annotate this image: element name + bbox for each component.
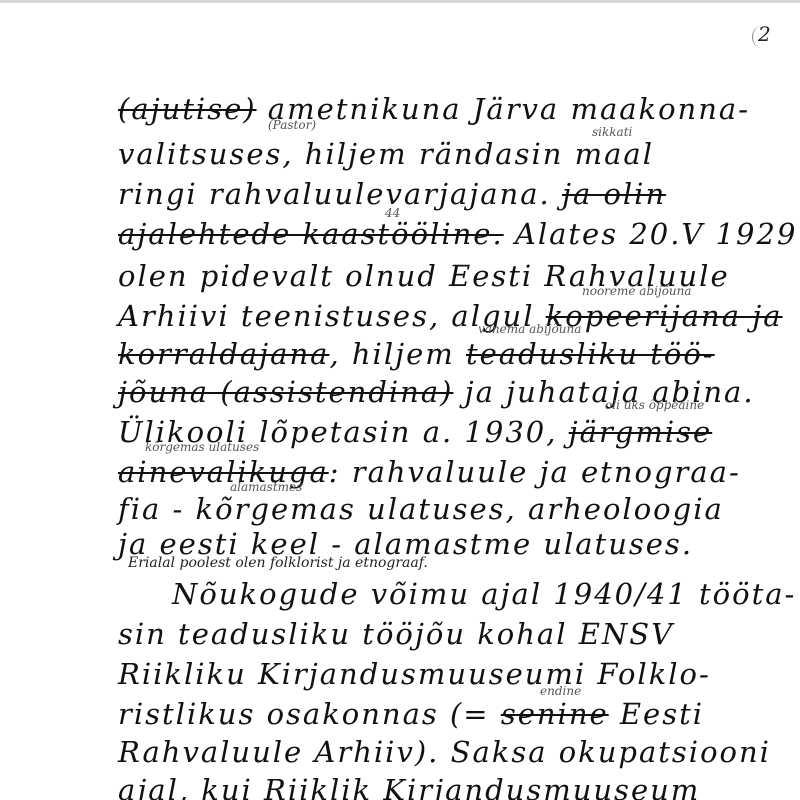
text-line-1: (ajutise) ametnikuna Järva maakonna-: [118, 95, 750, 124]
line-text: Riikliku Kirjandusmuuseumi Folklo-: [118, 657, 711, 691]
line-text: Alates 20.V 1929: [504, 217, 798, 251]
struck-text: teadusliku töö-: [466, 337, 715, 371]
line-text: Eesti: [609, 697, 704, 731]
struck-text: senine: [501, 697, 609, 731]
annotation: oli üks õppeaine: [605, 398, 704, 412]
inserted-note: Erialal poolest olen folklorist ja etnog…: [128, 555, 428, 571]
struck-text: korraldajana: [118, 337, 329, 371]
text-line-18: ajal, kui Riiklik Kirjandusmuuseum: [118, 776, 700, 800]
line-text: Nõukogude võimu ajal 1940/41 tööta-: [172, 577, 796, 611]
line-text: valitsuses, hiljem rändasin maal: [118, 137, 654, 171]
page-number: 2: [758, 22, 771, 46]
line-text: : rahvaluule ja etnograa-: [329, 455, 741, 489]
text-line-6: Arhiivi teenistuses, algul kopeerijana j…: [118, 302, 783, 331]
struck-text: ajalehtede kaastööline.: [118, 217, 504, 251]
text-line-16: ristlikus osakonnas (= senine Eesti: [118, 700, 704, 729]
line-text: , hiljem: [329, 337, 466, 371]
text-line-3: ringi rahvaluulevarjajana. ja olin: [118, 180, 666, 209]
text-line-15: Riikliku Kirjandusmuuseumi Folklo-: [118, 660, 711, 689]
text-line-10: ainevalikuga: rahvaluule ja etnograa-: [118, 458, 741, 487]
struck-text: (ajutise): [118, 92, 257, 126]
annotation: endine: [540, 684, 581, 698]
text-line-2: valitsuses, hiljem rändasin maal: [118, 140, 654, 169]
line-text: ametnikuna Järva maakonna-: [257, 92, 750, 126]
text-line-7: korraldajana, hiljem teadusliku töö-: [118, 340, 715, 369]
annotation: vanema abijõuna: [478, 322, 581, 336]
page-top-edge: [0, 0, 800, 3]
annotation: kõrgemas ulatuses: [145, 440, 259, 454]
struck-text: järgmise: [569, 415, 713, 449]
struck-text: ja olin: [562, 177, 666, 211]
text-line-17: Rahvaluule Arhiiv). Saksa okupatsiooni: [118, 738, 771, 767]
annotation: nooreme abijõuna: [582, 284, 692, 298]
text-line-4: ajalehtede kaastööline. Alates 20.V 1929: [118, 220, 797, 249]
line-text: ajal, kui Riiklik Kirjandusmuuseum: [118, 773, 700, 800]
text-line-14: sin teadusliku tööjõu kohal ENSV: [118, 620, 674, 649]
line-text: ristlikus osakonnas (=: [118, 697, 501, 731]
text-line-11: fia - kõrgemas ulatuses, arheoloogia: [118, 495, 724, 524]
text-line-13: Nõukogude võimu ajal 1940/41 tööta-: [172, 580, 796, 609]
line-text: fia - kõrgemas ulatuses, arheoloogia: [118, 492, 724, 526]
document-page: 2 (ajutise) ametnikuna Järva maakonna- (…: [0, 0, 800, 800]
line-text: Rahvaluule Arhiiv). Saksa okupatsiooni: [118, 735, 771, 769]
line-text: ringi rahvaluulevarjajana.: [118, 177, 562, 211]
annotation: (Pastor): [268, 118, 316, 132]
line-text: sin teadusliku tööjõu kohal ENSV: [118, 617, 674, 651]
struck-text: jõuna (assistendina): [118, 375, 453, 409]
